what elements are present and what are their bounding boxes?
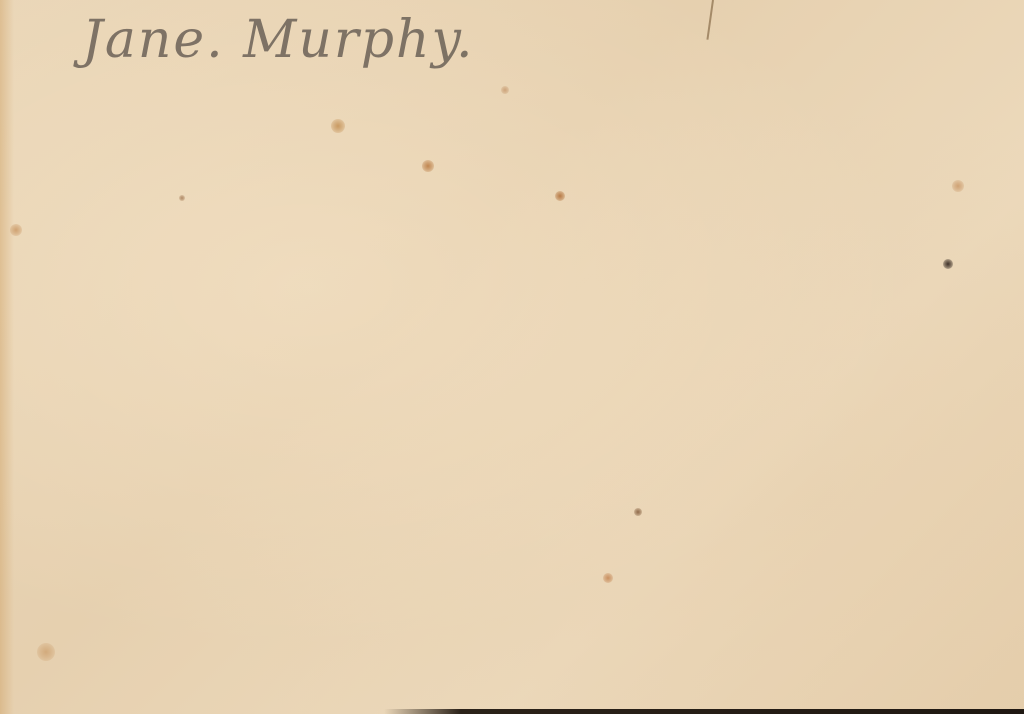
stain-spot	[501, 86, 509, 94]
stain-spot	[603, 573, 613, 583]
stain-spot	[555, 191, 565, 201]
stain-spot	[37, 643, 55, 661]
handwritten-name: Jane. Murphy.	[82, 10, 475, 70]
stain-spot	[331, 119, 345, 133]
paper-crease	[706, 0, 714, 40]
stain-spot	[943, 259, 953, 269]
stain-spot	[422, 160, 434, 172]
stain-spot	[10, 224, 22, 236]
bottom-edge-shadow	[384, 709, 1024, 714]
left-edge-discoloration	[0, 0, 14, 714]
stain-spot	[634, 508, 642, 516]
stain-spot	[179, 195, 185, 201]
paper-card: Jane. Murphy.	[0, 0, 1024, 714]
stain-spot	[952, 180, 964, 192]
